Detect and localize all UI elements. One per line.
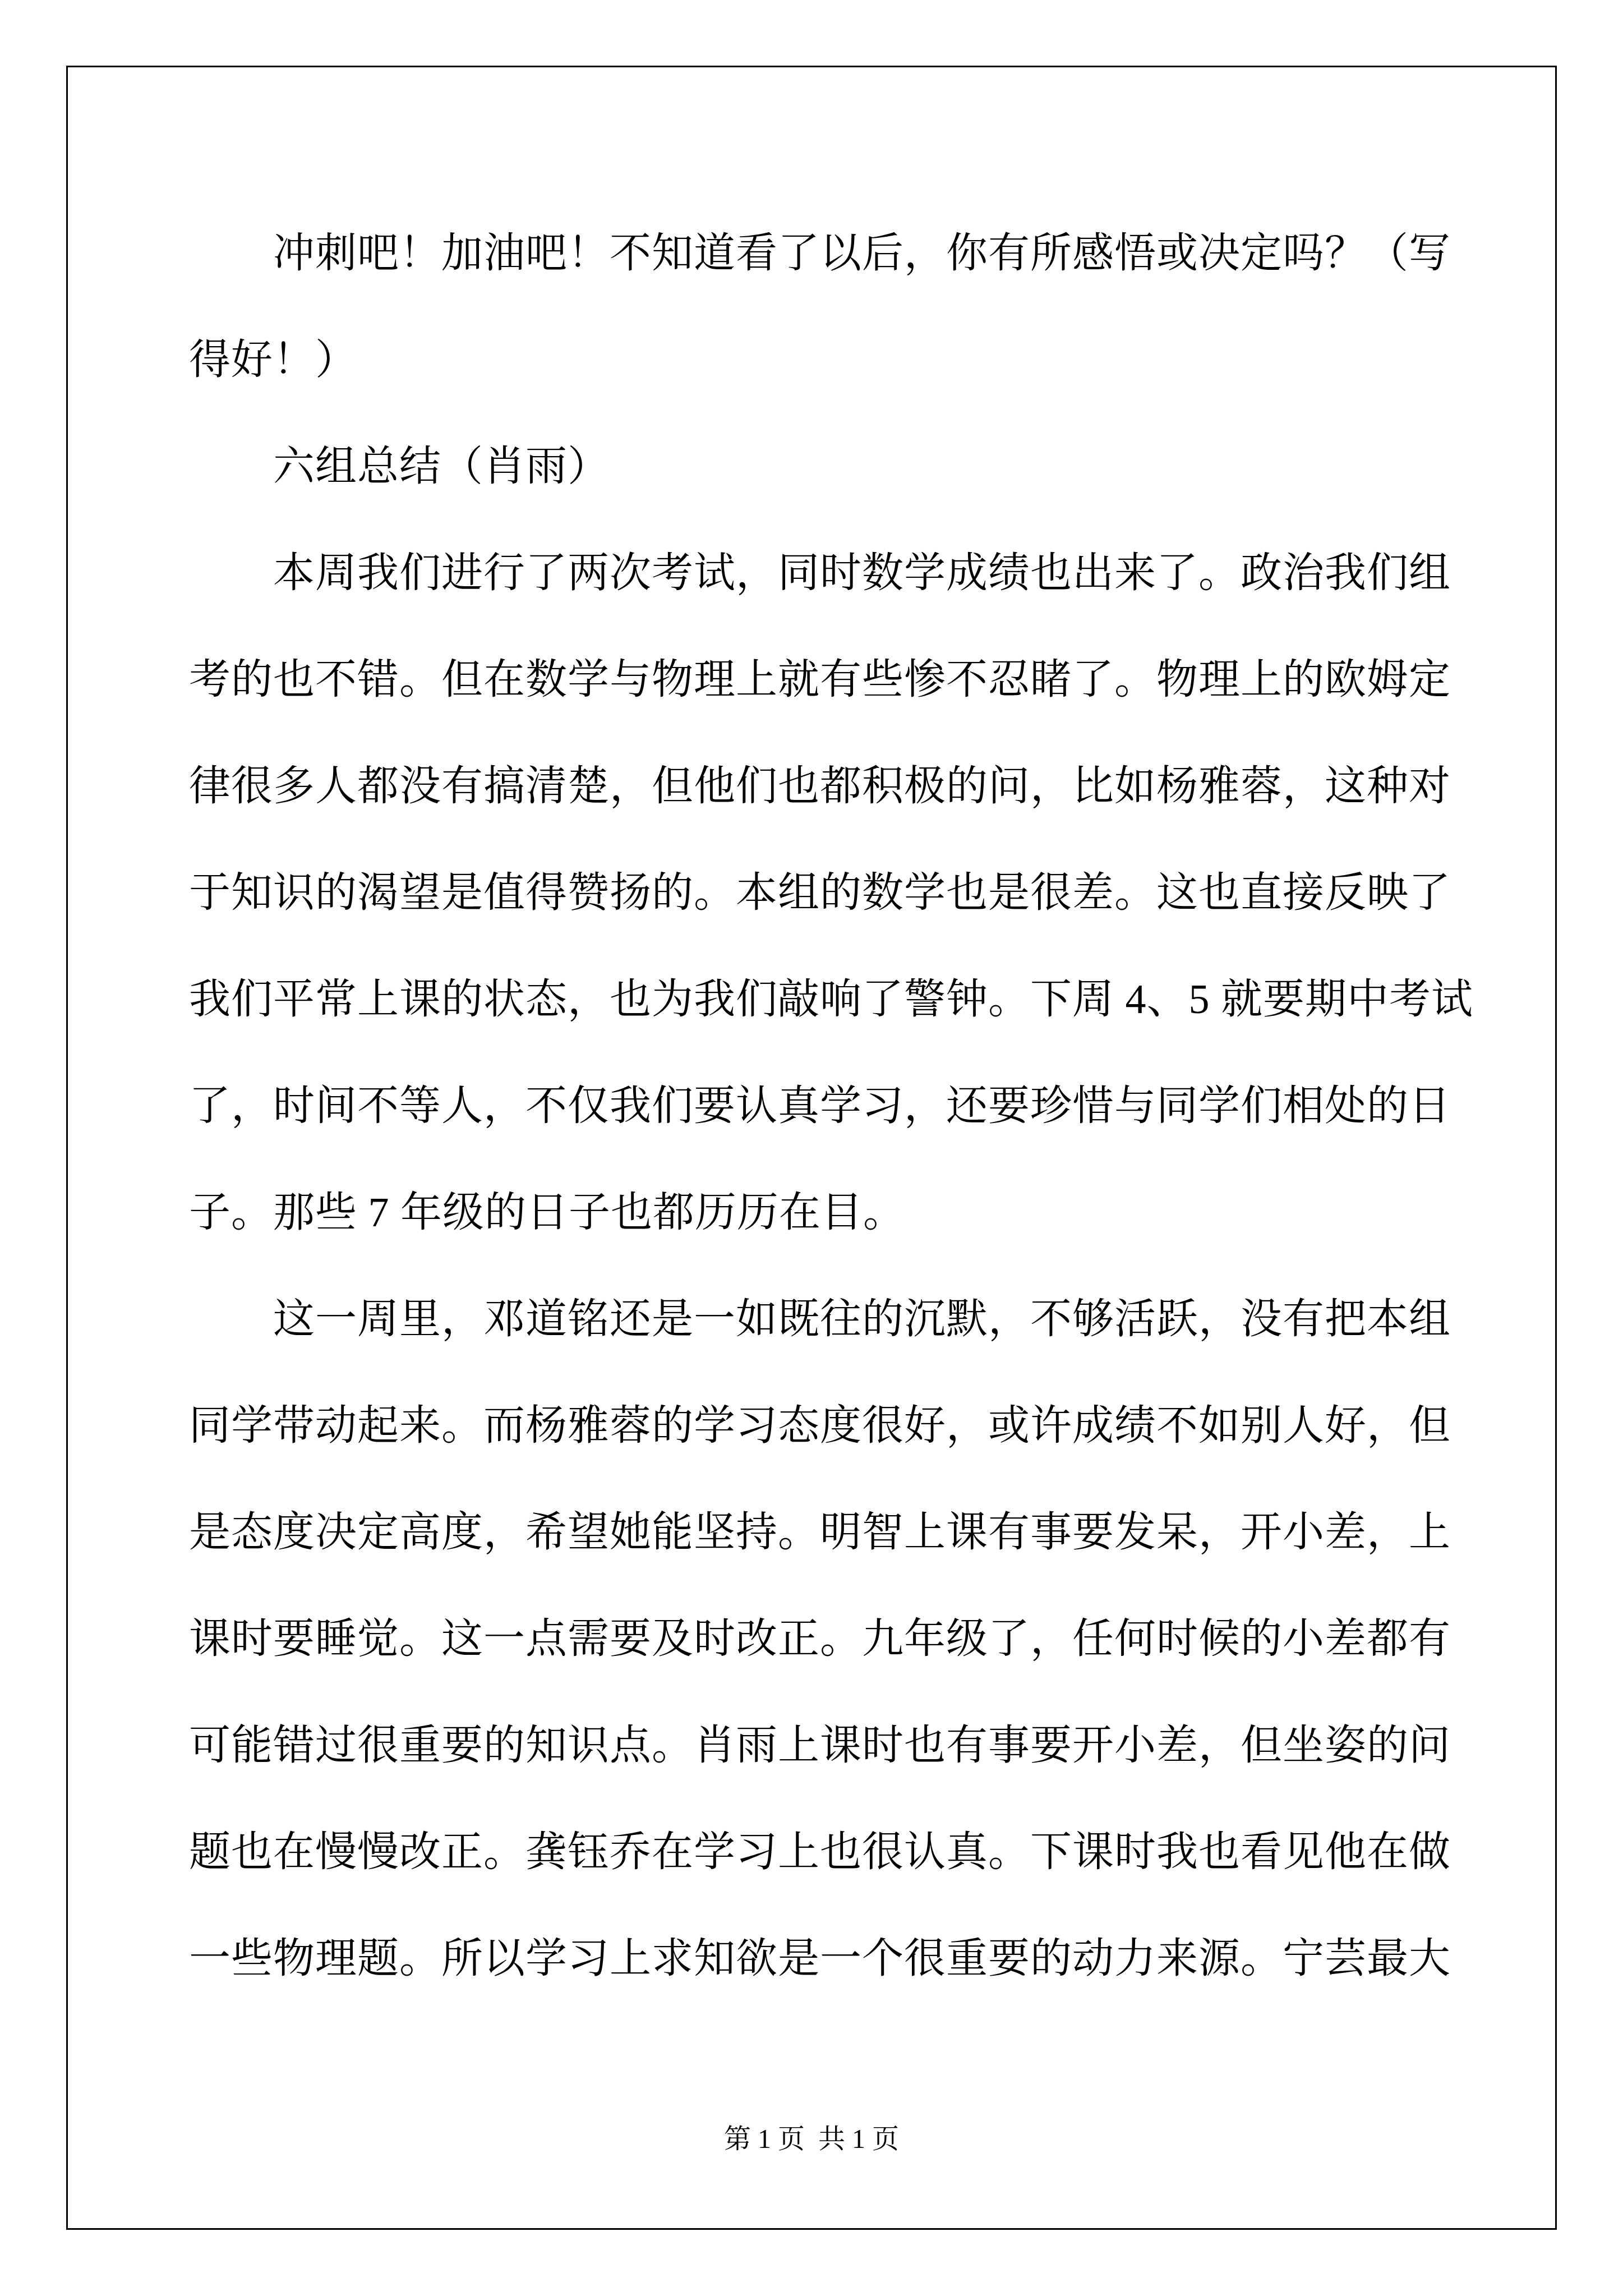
text-line: 本周我们进行了两次考试，同时数学成绩也出来了。政治我们组 xyxy=(189,520,1473,627)
document-body: 冲刺吧！加油吧！不知道看了以后，你有所感悟或决定吗？（写得好！） 六组总结（肖雨… xyxy=(189,200,1473,2012)
text-line: 可能错过很重要的知识点。肖雨上课时也有事要开小差，但坐姿的问 xyxy=(189,1692,1473,1799)
text-line: 同学带动起来。而杨雅蓉的学习态度很好，或许成绩不如别人好，但 xyxy=(189,1373,1473,1479)
text-line: 一些物理题。所以学习上求知欲是一个很重要的动力来源。宁芸最大 xyxy=(189,1906,1473,2012)
page-footer: 第 1 页 共 1 页 xyxy=(66,2122,1557,2157)
text-line: 六组总结（肖雨） xyxy=(189,413,1473,520)
text-line: 我们平常上课的状态，也为我们敲响了警钟。下周 4、5 就要期中考试 xyxy=(189,946,1473,1053)
text-line: 题也在慢慢改正。龚钰乔在学习上也很认真。下课时我也看见他在做 xyxy=(189,1799,1473,1906)
text-line: 是态度决定高度，希望她能坚持。明智上课有事要发呆，开小差，上 xyxy=(189,1479,1473,1586)
text-line: 律很多人都没有搞清楚，但他们也都积极的问，比如杨雅蓉，这种对 xyxy=(189,733,1473,840)
text-line: 考的也不错。但在数学与物理上就有些惨不忍睹了。物理上的欧姆定 xyxy=(189,627,1473,733)
text-line: 冲刺吧！加油吧！不知道看了以后，你有所感悟或决定吗？（写 xyxy=(189,200,1473,307)
text-line: 于知识的渴望是值得赞扬的。本组的数学也是很差。这也直接反映了 xyxy=(189,840,1473,946)
text-line: 子。那些 7 年级的日子也都历历在目。 xyxy=(189,1159,1473,1266)
text-line: 课时要睡觉。这一点需要及时改正。九年级了，任何时候的小差都有 xyxy=(189,1586,1473,1692)
text-line: 了，时间不等人，不仅我们要认真学习，还要珍惜与同学们相处的日 xyxy=(189,1053,1473,1159)
text-line: 得好！） xyxy=(189,307,1473,413)
text-line: 这一周里，邓道铭还是一如既往的沉默，不够活跃，没有把本组 xyxy=(189,1266,1473,1373)
